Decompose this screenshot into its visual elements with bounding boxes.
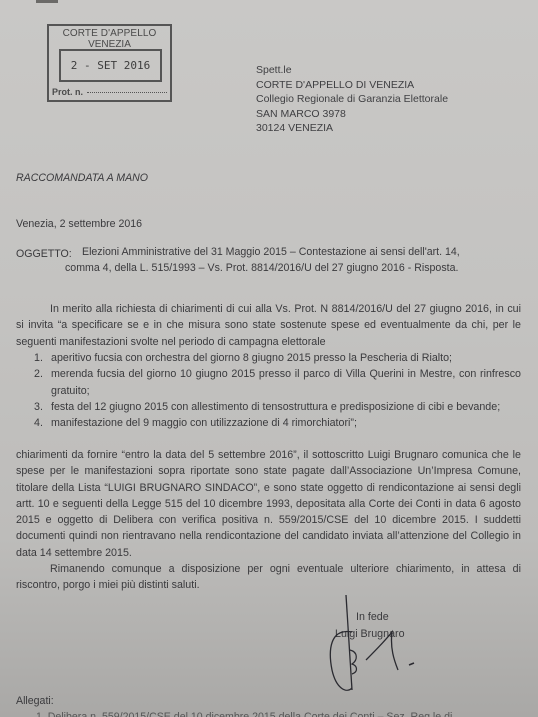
recipient-address: Spett.le CORTE D'APPELLO DI VENEZIA Coll… (256, 63, 448, 136)
body-continuation: chiarimenti da fornire “entro la data de… (16, 447, 521, 561)
subject-label: OGGETTO: (16, 248, 72, 260)
list-item: 4.manifestazione del 9 maggio con utiliz… (16, 415, 521, 431)
list-item: 2.merenda fucsia del giorno 10 giugno 20… (16, 366, 521, 399)
list-item-text: aperitivo fucsia con orchestra del giorn… (51, 352, 452, 364)
list-item-number: 2. (34, 366, 43, 382)
stamp-office-line1: CORTE D'APPELLO (49, 28, 170, 39)
recipient-line: CORTE D'APPELLO DI VENEZIA (256, 78, 448, 93)
list-item-text: manifestazione del 9 maggio con utilizza… (51, 417, 357, 429)
list-item: 3.festa del 12 giugno 2015 con allestime… (16, 399, 521, 415)
place-date: Venezia, 2 settembre 2016 (16, 218, 142, 230)
recipient-line: SAN MARCO 3978 (256, 107, 448, 122)
handwritten-signature (300, 590, 420, 700)
subject-line2: comma 4, della L. 515/1993 – Vs. Prot. 8… (65, 262, 458, 274)
attachment-item-partial: 1. Delibera n. 559/2015/CSE del 10 dicem… (36, 711, 452, 717)
body-intro: In merito alla richiesta di chiarimenti … (16, 301, 521, 350)
list-item-text: merenda fucsia del giorno 10 giugno 2015… (51, 368, 521, 396)
stamp-protocol-label: Prot. n. (52, 87, 83, 97)
list-item-number: 1. (34, 350, 43, 366)
stamp-date: 2 - SET 2016 (59, 49, 162, 82)
recipient-salutation: Spett.le (256, 63, 448, 78)
delivery-method: RACCOMANDATA A MANO (16, 172, 148, 184)
list-item-number: 3. (34, 399, 43, 415)
stamp-protocol-blank (87, 92, 167, 93)
list-item: 1.aperitivo fucsia con orchestra del gio… (16, 350, 521, 366)
recipient-line: Collegio Regionale di Garanzia Elettoral… (256, 92, 448, 107)
recipient-line: 30124 VENEZIA (256, 121, 448, 136)
list-item-text: festa del 12 giugno 2015 con allestiment… (51, 401, 500, 413)
list-item-number: 4. (34, 415, 43, 431)
received-stamp: CORTE D'APPELLO VENEZIA 2 - SET 2016 Pro… (47, 24, 172, 102)
body-closing: Rimanendo comunque a disposizione per og… (16, 561, 521, 594)
paper-smudge (36, 0, 58, 3)
attachments-label: Allegati: (16, 695, 54, 707)
event-list: 1.aperitivo fucsia con orchestra del gio… (16, 350, 521, 431)
subject-line1: Elezioni Amministrative del 31 Maggio 20… (82, 246, 460, 258)
